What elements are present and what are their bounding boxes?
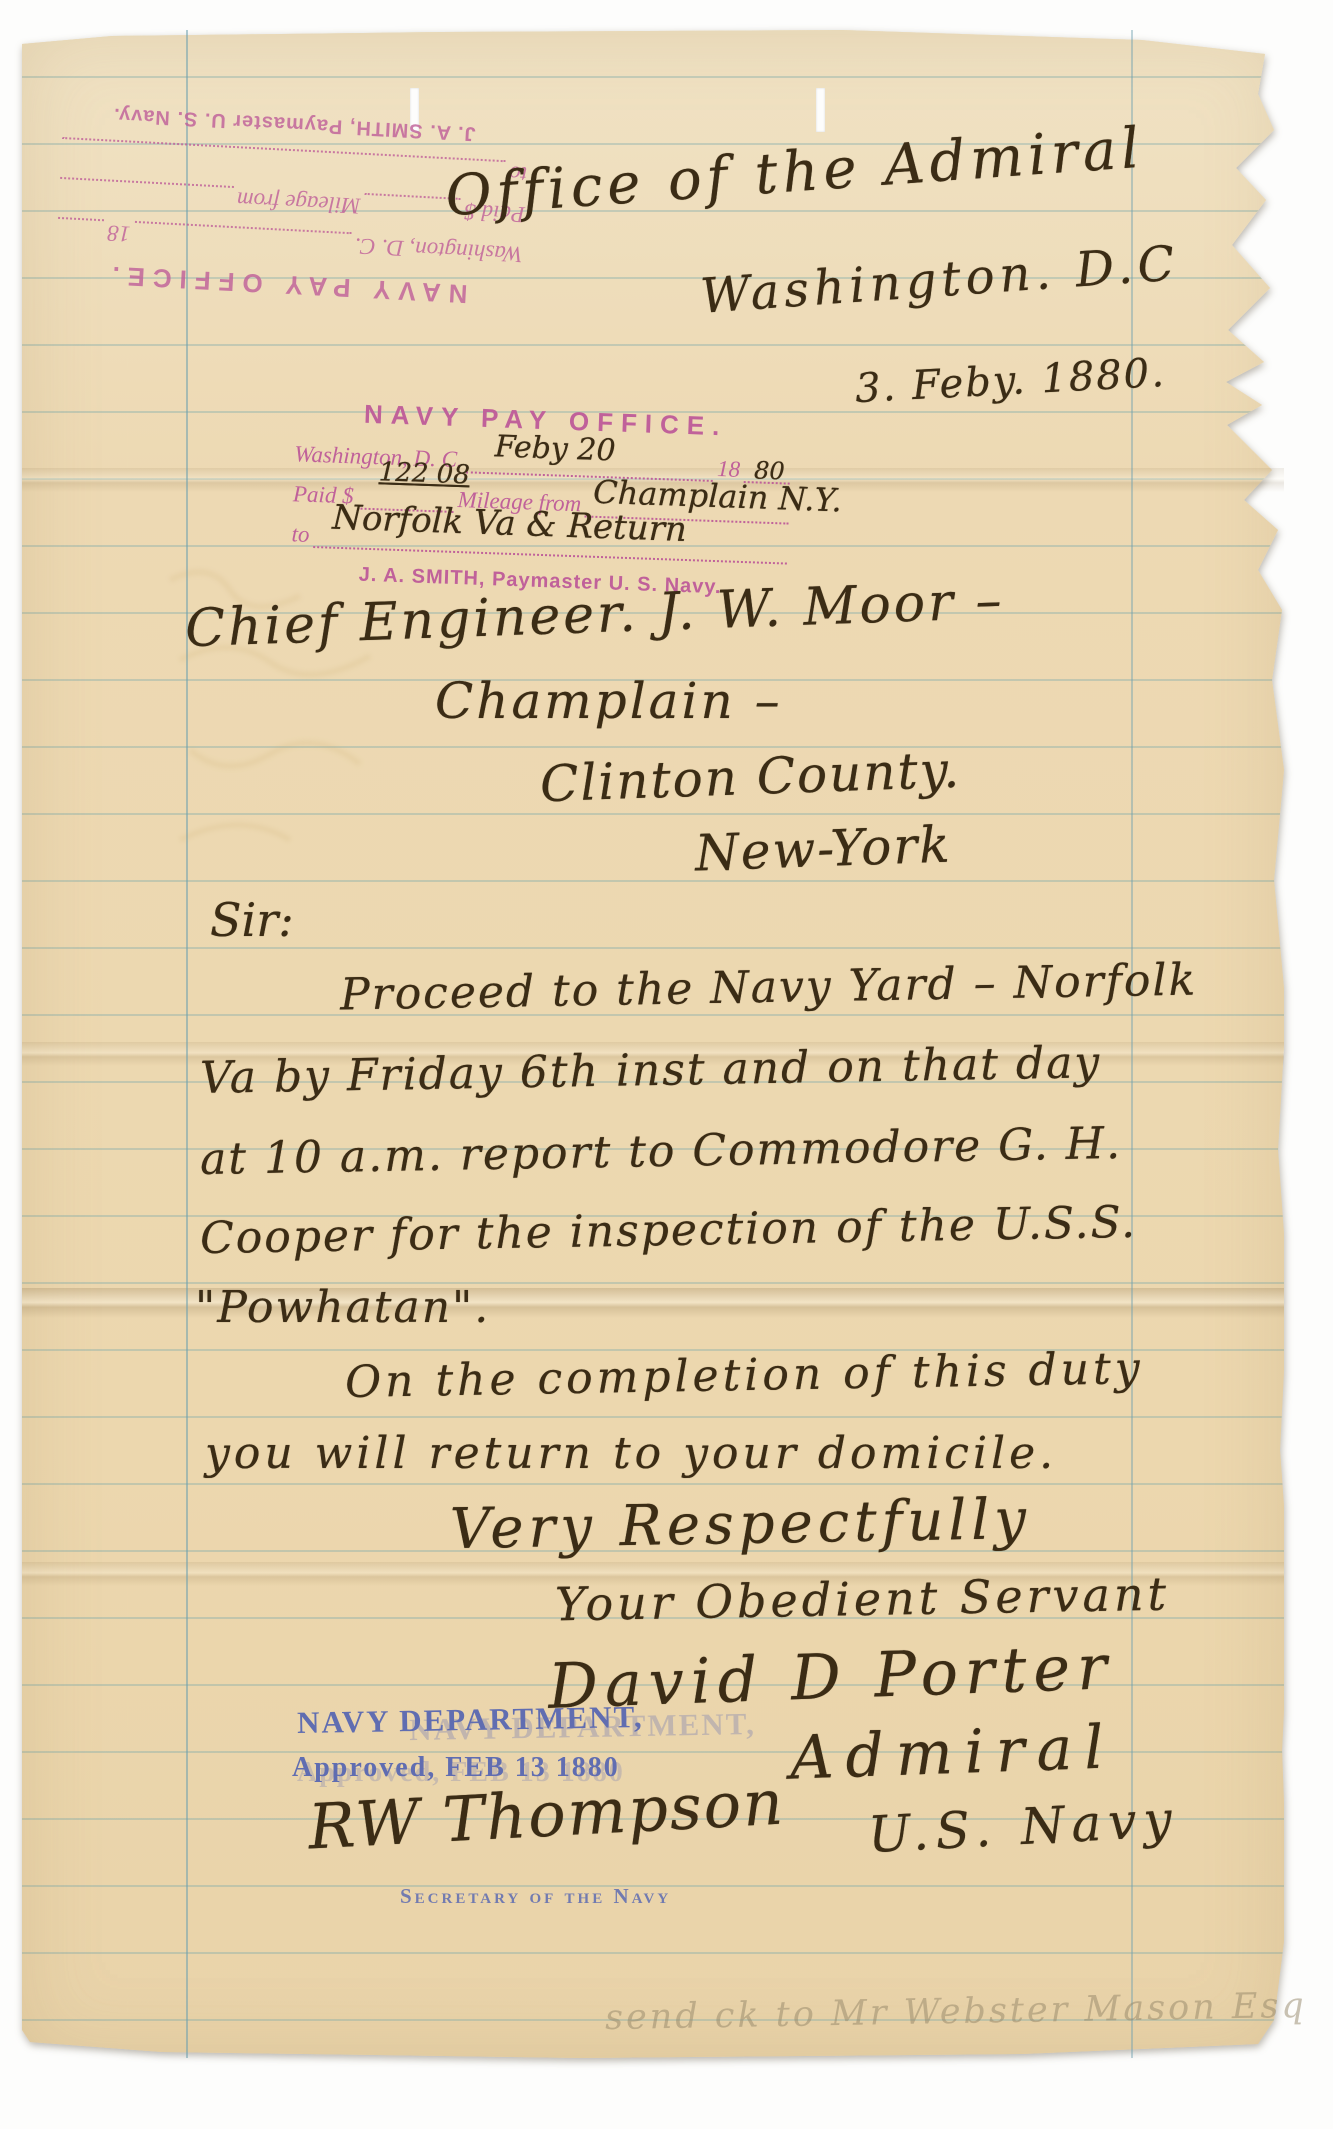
punch-hole-right bbox=[816, 88, 825, 132]
stamp-dotted-line bbox=[58, 217, 104, 223]
navy-department-stamp: NAVY DEPARTMENT, bbox=[297, 1699, 644, 1741]
stamp-dotted-line bbox=[313, 544, 787, 565]
salutation: Sir: bbox=[210, 893, 294, 947]
closing-servant: Your Obedient Servant bbox=[555, 1567, 1171, 1632]
closing-rank: Admiral bbox=[789, 1712, 1117, 1793]
body-line-7: you will return to your domicile. bbox=[205, 1428, 1057, 1479]
margin-line-left bbox=[186, 30, 188, 2058]
closing-respectfully: Very Respectfully bbox=[449, 1487, 1031, 1562]
body-line-5: "Powhatan". bbox=[195, 1282, 490, 1333]
stamp-mileage-label: Mileage from bbox=[236, 186, 361, 218]
stamp-year-prefix: 18 bbox=[107, 219, 131, 246]
stamp-dotted-line bbox=[60, 177, 234, 190]
recipient-line-2: Champlain – bbox=[435, 672, 783, 730]
stamp-to-label: to bbox=[291, 521, 310, 548]
margin-line-right bbox=[1131, 30, 1133, 2058]
stamp-city-label: Washington, D. C. bbox=[354, 232, 524, 267]
pay-office-stamp: NAVY PAY OFFICE. Washington, D. C. 18 Pa… bbox=[290, 396, 796, 601]
hw-amount: 122 08 bbox=[378, 457, 470, 490]
stamp-dotted-line bbox=[135, 221, 351, 236]
hw-paid-date: Feby 20 bbox=[494, 429, 616, 468]
document-scan: NAVY PAY OFFICE. Washington, D. C. 18 Pa… bbox=[0, 0, 1333, 2129]
secretary-title-stamp: Secretary of the Navy bbox=[400, 1884, 671, 1909]
recipient-line-4: New-York bbox=[694, 816, 952, 883]
